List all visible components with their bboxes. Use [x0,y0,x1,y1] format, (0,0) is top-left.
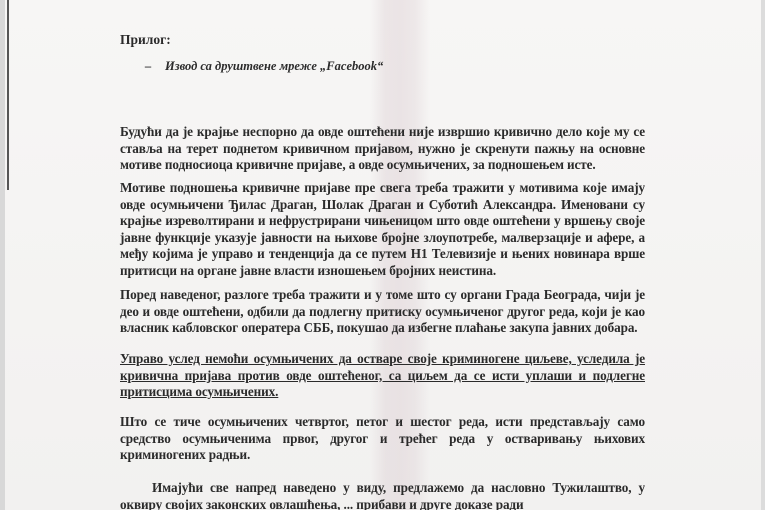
binding-mark [7,0,9,190]
paragraph-suspects-motives: Мотиве подношења кривичне пријаве пре св… [120,180,645,279]
list-dash: – [145,58,165,75]
attachment-list-item: –Извод са друштвене мреже „Facebook“ [145,58,383,75]
attachment-heading: Прилог: [120,32,171,49]
paragraph-underlined-conclusion: Управо услед немоћи осумњичених да оства… [120,351,645,401]
paragraph-city-belgrade: Поред наведеног, разлоге треба тражити и… [120,287,645,337]
page-left-edge [0,0,5,510]
paragraph-proposal: Имајући све напред наведено у виду, пред… [120,480,645,510]
document-page: Прилог: –Извод са друштвене мреже „Faceb… [120,0,645,510]
paragraph-motives-intro: Будући да је крајње неспорно да овде ошт… [120,124,645,174]
page-right-edge [761,0,765,510]
paragraph-other-suspects: Што се тиче осумњичених четвртог, петог … [120,414,645,464]
attachment-text: Извод са друштвене мреже „Facebook“ [165,59,383,73]
